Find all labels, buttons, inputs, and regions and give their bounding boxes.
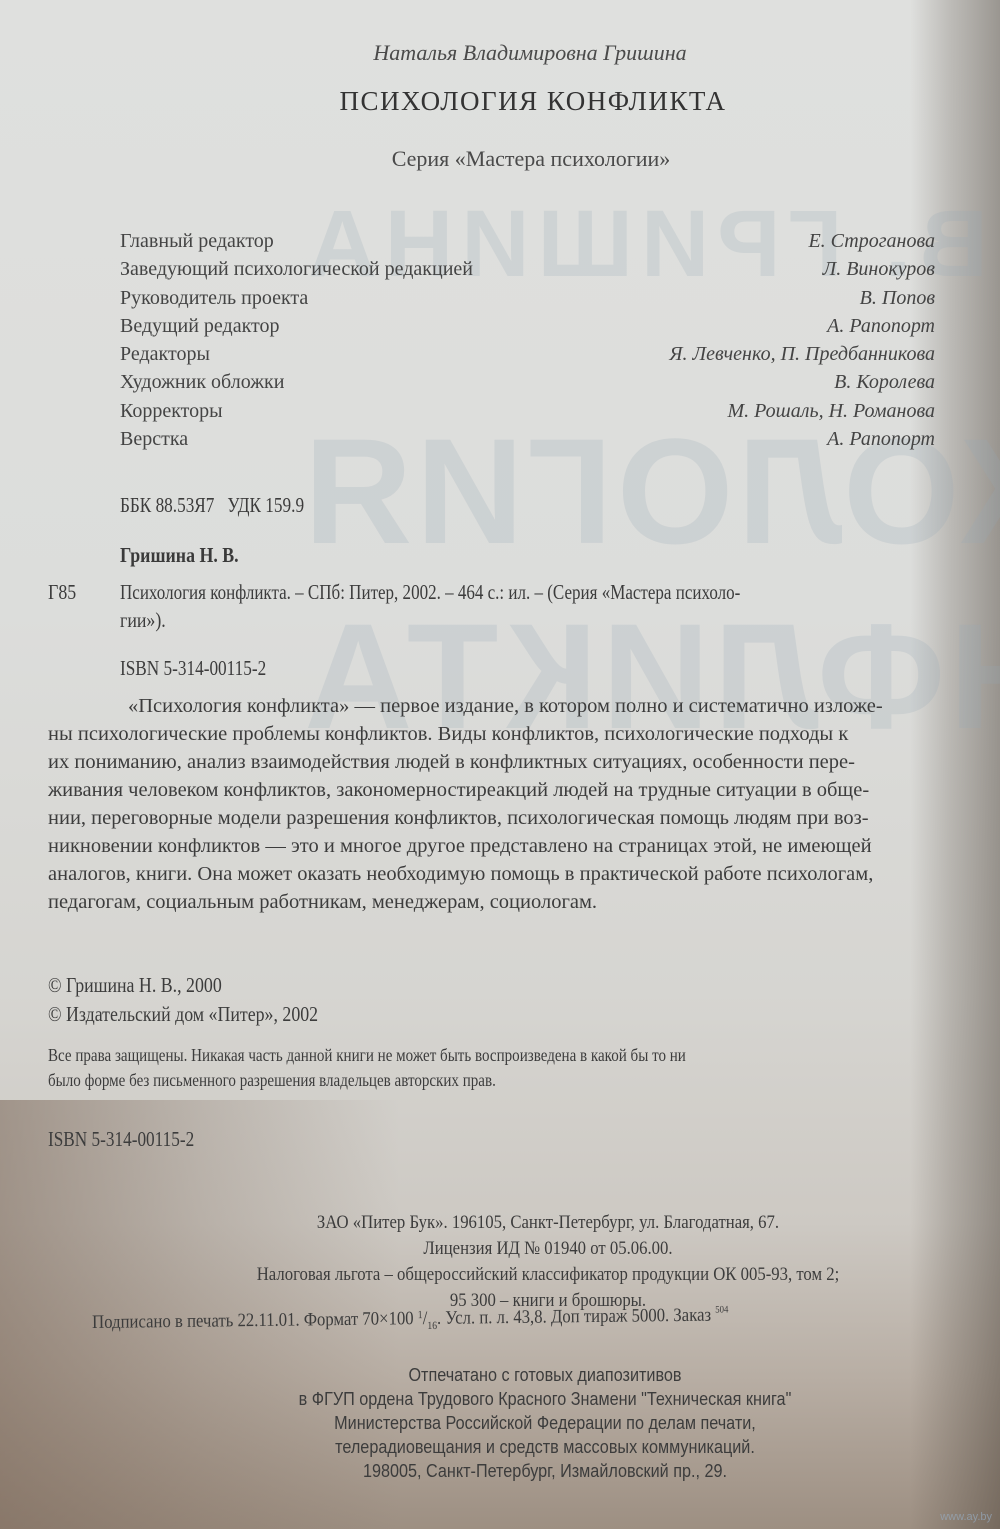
annotation-line: нии, переговорные модели разрешения конф…	[48, 804, 1000, 832]
credit-role: Ведущий редактор	[120, 312, 280, 340]
credit-role: Художник обложки	[120, 368, 284, 396]
book-title: ПСИХОЛОГИЯ КОНФЛИКТА	[0, 86, 1000, 117]
order-number: 504	[715, 1304, 728, 1315]
credit-role: Главный редактор	[120, 227, 274, 255]
annotation-line: никновении конфликтов — это и многое дру…	[48, 832, 1000, 860]
isbn-repeat: ISBN 5-314-00115-2	[48, 1127, 194, 1152]
printer-line-2: в ФГУП ордена Трудового Красного Знамени…	[50, 1389, 1000, 1410]
credit-role: Верстка	[120, 425, 188, 453]
credits-list: Главный редактор Е. Строганова Заведующи…	[120, 227, 935, 453]
credit-row: Руководитель проекта В. Попов	[120, 284, 935, 312]
bibliographic-description-cont: гии»).	[120, 608, 166, 633]
credit-row: Художник обложки В. Королева	[120, 368, 935, 396]
credit-name: А. Рапопорт	[827, 425, 935, 453]
credit-row: Ведущий редактор А. Рапопорт	[120, 312, 935, 340]
tax-benefit: Налоговая льгота – общероссийский класси…	[108, 1264, 988, 1286]
copyright-publisher: © Издательский дом «Питер», 2002	[48, 1002, 318, 1027]
license: Лицензия ИД № 01940 от 05.06.00.	[108, 1238, 988, 1260]
series-name: Серия «Мастера психологии»	[0, 146, 1000, 172]
rights-notice: Все права защищены. Никакая часть данной…	[48, 1045, 686, 1066]
credit-row: Главный редактор Е. Строганова	[120, 227, 935, 255]
annotation-line: педагогам, социальным работникам, менедж…	[48, 888, 1000, 916]
watermark: www.ay.by	[940, 1511, 992, 1523]
credit-name: Е. Строганова	[808, 227, 935, 255]
annotation-line: «Психология конфликта» — первое издание,…	[48, 692, 1000, 720]
format-numerator: 1	[418, 1309, 423, 1321]
credit-row: Заведующий психологической редакцией Л. …	[120, 255, 935, 283]
annotation-line: аналогов, книги. Она может оказать необх…	[48, 860, 1000, 888]
annotation-line: живания человеком конфликтов, закономерн…	[48, 776, 1000, 804]
credit-role: Заведующий психологической редакцией	[120, 255, 473, 283]
annotation-line: их пониманию, анализ взаимодействия люде…	[48, 748, 1000, 776]
credit-row: Корректоры М. Рошаль, Н. Романова	[120, 397, 935, 425]
credit-name: В. Королева	[834, 368, 935, 396]
credit-name: В. Попов	[860, 284, 935, 312]
isbn: ISBN 5-314-00115-2	[120, 656, 266, 681]
format-denominator: 16	[427, 1320, 437, 1332]
credit-name: Я. Левченко, П. Предбанникова	[669, 340, 935, 368]
rights-notice-cont: было форме без письменного разрешения вл…	[48, 1070, 496, 1091]
print-run: . Усл. п. л. 43,8. Доп тираж 5000. Заказ	[437, 1305, 715, 1329]
author-name: Наталья Владимировна Гришина	[0, 40, 1000, 66]
credit-row: Редакторы Я. Левченко, П. Предбанникова	[120, 340, 935, 368]
annotation: «Психология конфликта» — первое издание,…	[48, 692, 1000, 916]
printer-line-4: телерадиовещания и средств массовых комм…	[50, 1437, 1000, 1458]
print-signed: Подписано в печать 22.11.01. Формат 70×1…	[92, 1308, 418, 1333]
catalog-author: Гришина Н. В.	[120, 543, 239, 568]
credit-role: Корректоры	[120, 397, 223, 425]
author-mark: Г85	[48, 580, 76, 605]
credit-role: Редакторы	[120, 340, 210, 368]
copyright-author: © Гришина Н. В., 2000	[48, 973, 222, 998]
printer-line-3: Министерства Российской Федерации по дел…	[50, 1413, 1000, 1434]
printer-line-1: Отпечатано с готовых диапозитивов	[50, 1365, 1000, 1386]
credit-row: Верстка А. Рапопорт	[120, 425, 935, 453]
bbk-udk-codes: ББК 88.53Я7 УДК 159.9	[120, 493, 304, 518]
bibliographic-description: Психология конфликта. – СПб: Питер, 2002…	[120, 580, 740, 605]
credit-name: М. Рошаль, Н. Романова	[728, 397, 935, 425]
printer-line-5: 198005, Санкт-Петербург, Измайловский пр…	[50, 1461, 1000, 1482]
credit-role: Руководитель проекта	[120, 284, 308, 312]
annotation-line: ны психологические проблемы конфликтов. …	[48, 720, 1000, 748]
credit-name: А. Рапопорт	[827, 312, 935, 340]
credit-name: Л. Винокуров	[823, 255, 935, 283]
publisher-address: ЗАО «Питер Бук». 196105, Санкт-Петербург…	[108, 1212, 988, 1234]
